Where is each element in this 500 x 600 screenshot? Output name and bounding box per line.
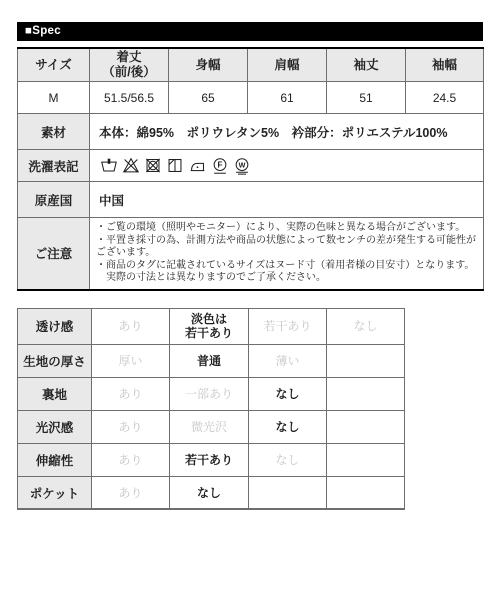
feature-option [327,443,405,476]
svg-text:W: W [239,160,246,169]
feature-label: 裏地 [18,377,92,410]
feature-option: なし [327,308,405,344]
col-header-shoulder-width: 肩幅 [248,48,327,82]
dry-clean-f-icon: F [211,157,229,175]
feature-table: 透け感 あり 淡色は 若干あり 若干あり なし 生地の厚さ 厚い 普通 薄い 裏… [17,308,405,511]
body-width-value: 65 [169,82,248,114]
feature-option: 若干あり [249,308,327,344]
feature-option: 若干あり [170,443,249,476]
feature-option: 淡色は 若干あり [170,308,249,344]
feature-option: 厚い [92,344,170,377]
notice-label: ご注意 [18,218,90,290]
care-symbols: F W [91,157,482,175]
svg-text:F: F [218,160,223,169]
origin-label: 原産国 [18,182,90,218]
feature-label: 伸縮性 [18,443,92,476]
feature-row-thickness: 生地の厚さ 厚い 普通 薄い [18,344,405,377]
hand-wash-icon [100,157,118,174]
feature-label: ポケット [18,476,92,509]
origin-row: 原産国 中国 [18,182,484,218]
col-header-sleeve-width: 袖幅 [406,48,484,82]
length-value: 51.5/56.5 [90,82,169,114]
feature-row-sheerness: 透け感 あり 淡色は 若干あり 若干あり なし [18,308,405,344]
feature-option [327,377,405,410]
feature-option: 一部あり [170,377,249,410]
feature-option: あり [92,308,170,344]
notice-row: ご注意 ・ご覧の環境（照明やモニター）により、実際の色味と異なる場合がございます… [18,218,484,290]
feature-option: あり [92,410,170,443]
col-header-body-width: 身幅 [169,48,248,82]
feature-row-pocket: ポケット あり なし [18,476,405,509]
notice-text: ・ご覧の環境（照明やモニター）により、実際の色味と異なる場合がございます。 ・平… [90,218,484,290]
size-value-row: M 51.5/56.5 65 61 51 24.5 [18,82,484,114]
shoulder-width-value: 61 [248,82,327,114]
feature-option: なし [249,410,327,443]
no-tumble-dry-icon [144,157,162,174]
feature-label: 光沢感 [18,410,92,443]
sleeve-length-value: 51 [327,82,406,114]
size-header-row: サイズ 着丈 （前/後） 身幅 肩幅 袖丈 袖幅 [18,48,484,82]
origin-value: 中国 [90,182,484,218]
feature-row-gloss: 光沢感 あり 微光沢 なし [18,410,405,443]
feature-option: 薄い [249,344,327,377]
material-label: 素材 [18,114,90,150]
sleeve-width-value: 24.5 [406,82,484,114]
shade-hang-dry-icon [166,157,184,174]
feature-option: あり [92,476,170,509]
iron-icon [188,157,207,174]
feature-row-lining: 裏地 あり 一部あり なし [18,377,405,410]
feature-row-stretch: 伸縮性 あり 若干あり なし [18,443,405,476]
material-row: 素材 本体：綿95% ポリウレタン5% 衿部分：ポリエステル100% [18,114,484,150]
wet-clean-w-icon: W [233,157,251,175]
size-name: M [18,82,90,114]
spec-page: ■Spec サイズ 着丈 （前/後） 身幅 肩幅 袖丈 袖幅 M 51.5/56… [0,0,500,510]
feature-option [327,344,405,377]
feature-label: 生地の厚さ [18,344,92,377]
col-header-size: サイズ [18,48,90,82]
feature-option [327,410,405,443]
feature-option: あり [92,377,170,410]
feature-option: なし [249,443,327,476]
material-value: 本体：綿95% ポリウレタン5% 衿部分：ポリエステル100% [90,114,484,150]
feature-option [249,476,327,509]
feature-option: なし [249,377,327,410]
no-bleach-icon [122,157,140,174]
size-spec-table: サイズ 着丈 （前/後） 身幅 肩幅 袖丈 袖幅 M 51.5/56.5 65 … [17,47,484,291]
feature-option [327,476,405,509]
care-row: 洗濯表記 [18,150,484,182]
feature-option: 微光沢 [170,410,249,443]
col-header-sleeve-length: 袖丈 [327,48,406,82]
feature-option: あり [92,443,170,476]
spec-header-bar: ■Spec [17,22,483,41]
spec-title: ■Spec [25,25,61,37]
care-label: 洗濯表記 [18,150,90,182]
feature-label: 透け感 [18,308,92,344]
col-header-length: 着丈 （前/後） [90,48,169,82]
feature-option: なし [170,476,249,509]
feature-option: 普通 [170,344,249,377]
